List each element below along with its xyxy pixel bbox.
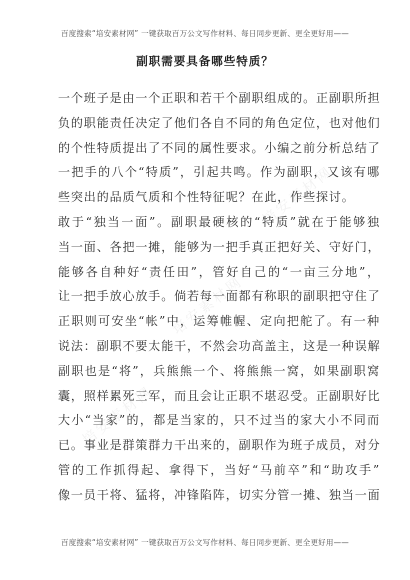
body-line: 敢于“独当一面”。副职最硬核的“特质”就在于能够独	[58, 210, 380, 235]
body-line: 已。事业是群策群力干出来的，副职作为班子成员，对分	[58, 433, 380, 458]
footer-note: 百度搜索“培安素材网” 一键获取百万公文写作材料、每日同步更新、更全更好用——	[0, 537, 410, 548]
body-line: 让一把手放心放手。倘若每一面都有称职的副职把守住了	[58, 284, 380, 309]
body-line: 负的职能责任决定了他们各自不同的角色定位，也对他们	[58, 111, 380, 136]
body-line: 管的工作抓得起、拿得下，当好“马前卒”和“助攻手”	[58, 458, 380, 483]
header-note: 百度搜索“培安素材网” 一键获取百万公文写作材料、每日同步更新、更全更好用——	[0, 28, 410, 39]
body-line: 一个班子是由一个正职和若干个副职组成的。正副职所担	[58, 86, 380, 111]
body-line: 大小“当家”的，都是当家的，只不过当的家大小不同而	[58, 408, 380, 433]
page-title: 副职需要具备哪些特质？	[0, 53, 410, 69]
body-line: 囊，照样累死三军，而且会让正职不堪忍受。正副职好比	[58, 384, 380, 409]
body-line: 正职则可安坐“帐”中，运筹帷幄、定向把舵了。有一种	[58, 309, 380, 334]
body-line: 的个性特质提出了不同的属性要求。小编之前分析总结了	[58, 136, 380, 161]
body-line: 当一面、各把一摊，能够为一把手真正把好关、守好门，	[58, 235, 380, 260]
body-line: 一把手的八个“特质”，引起共鸣。作为副职，又该有哪	[58, 160, 380, 185]
body-line: 能够各自种好“责任田”，管好自己的“一亩三分地”，	[58, 260, 380, 285]
document-body: 一个班子是由一个正职和若干个副职组成的。正副职所担负的职能责任决定了他们各自不同…	[58, 86, 380, 508]
body-line: 副职也是“将”，兵熊熊一个、将熊熊一窝，如果副职窝	[58, 359, 380, 384]
body-line: 像一员干将、猛将，冲锋陷阵，切实分管一摊、独当一面	[58, 483, 380, 508]
body-line: 说法：副职不要太能干，不然会功高盖主，这是一种误解	[58, 334, 380, 359]
body-line: 些突出的品质气质和个性特征呢？在此，作些探讨。	[58, 185, 380, 210]
document-page: 百度搜索“培安素材网” 一键获取百万公文写作材料、每日同步更新、更全更好用—— …	[0, 0, 410, 580]
